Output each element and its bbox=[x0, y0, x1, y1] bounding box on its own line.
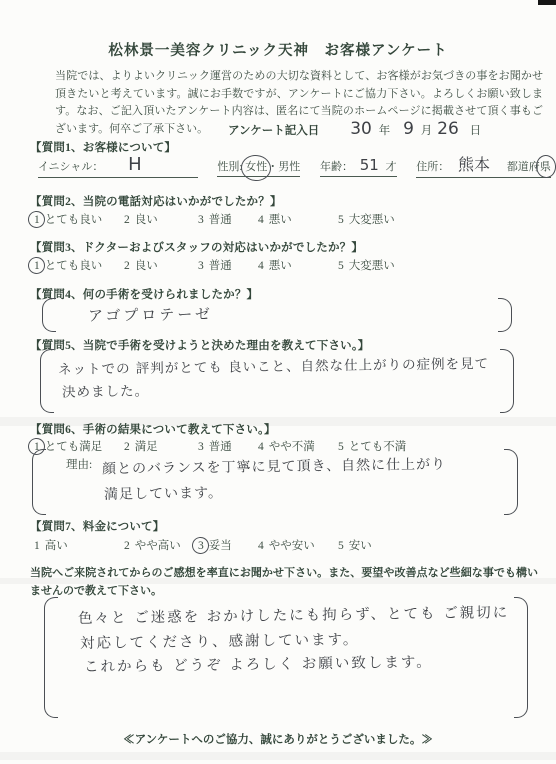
question-3-heading: 【質問3、ドクターおよびスタッフの対応はいかがでしたか？】 bbox=[30, 239, 363, 255]
age-label: 年齢： bbox=[320, 161, 353, 173]
option-label: 普通 bbox=[209, 260, 232, 272]
handwritten-answer-q4: アゴプロテーゼ bbox=[88, 303, 213, 326]
option-label: とても良い bbox=[45, 260, 103, 272]
option-3: 3妥当 bbox=[197, 537, 257, 553]
address-label: 住所： bbox=[416, 161, 449, 173]
option-2: 2良い bbox=[123, 211, 197, 227]
question-2-options: 1とても良い2良い3普通4悪い5大変悪い bbox=[33, 211, 395, 227]
option-number: 5 bbox=[337, 260, 345, 272]
option-label: やや安い bbox=[269, 540, 315, 552]
option-label: とても満足 bbox=[45, 441, 103, 453]
option-number: 4 bbox=[257, 540, 265, 552]
handwritten-reason-line1: 顔とのバランスを丁寧に見て頂き、自然に仕上がり bbox=[102, 454, 446, 479]
age-unit: 才 bbox=[386, 161, 397, 173]
option-5: 5大変悪い bbox=[337, 211, 395, 227]
option-number: 2 bbox=[123, 260, 131, 272]
option-number: 3 bbox=[197, 214, 205, 226]
question-7-options: 1高い2やや高い3妥当4やや安い5安い bbox=[33, 537, 372, 553]
option-label: 普通 bbox=[209, 214, 232, 226]
handwritten-feedback-line3: これからも どうぞ よろしく お願い致します。 bbox=[84, 651, 433, 677]
option-number: 3 bbox=[197, 260, 205, 272]
handwritten-answer-q5-line2: 決めました。 bbox=[62, 379, 149, 400]
option-label: 悪い bbox=[269, 260, 292, 272]
option-label: 満足 bbox=[135, 441, 158, 453]
age-field: 年齢： 51 才 bbox=[320, 156, 397, 177]
option-number: 2 bbox=[123, 214, 131, 226]
circled-option-number: 1 bbox=[33, 214, 41, 226]
scan-corner-artifact bbox=[538, 0, 556, 5]
option-1: 1とても良い bbox=[33, 211, 123, 227]
option-4: 4悪い bbox=[257, 211, 337, 227]
option-2: 2良い bbox=[123, 257, 197, 273]
option-1: 1高い bbox=[33, 537, 123, 553]
survey-date-row: アンケート記入日 30 年 9 月 26 日 bbox=[228, 119, 481, 139]
option-5: 5大変悪い bbox=[337, 257, 395, 273]
option-number: 4 bbox=[257, 214, 265, 226]
option-label: 良い bbox=[135, 214, 158, 226]
option-5: 5とても不満 bbox=[337, 438, 406, 454]
address-field: 住所： 熊本 都道府県 bbox=[416, 152, 551, 178]
option-number: 4 bbox=[257, 260, 265, 272]
option-2: 2満足 bbox=[123, 438, 197, 454]
handwritten-feedback-line1: 色々と ご迷惑を おかけしたにも拘らず、とても ご親切に bbox=[78, 601, 509, 628]
option-1: 1とても良い bbox=[33, 257, 123, 273]
scanned-survey-form: 松林景一美容クリニック天神 お客様アンケート 当院では、よりよいクリニック運営の… bbox=[0, 0, 556, 764]
option-number: 5 bbox=[337, 540, 345, 552]
option-label: 普通 bbox=[209, 441, 232, 453]
handwritten-address: 熊本 bbox=[458, 155, 490, 174]
question-3-options: 1とても良い2良い3普通4悪い5大変悪い bbox=[33, 257, 395, 273]
option-label: とても良い bbox=[45, 214, 103, 226]
option-number: 5 bbox=[337, 441, 345, 453]
option-label: やや高い bbox=[135, 540, 181, 552]
scan-band-artifact bbox=[0, 752, 556, 760]
question-6-options: 1とても満足2満足3普通4やや不満5とても不満 bbox=[33, 438, 406, 454]
option-2: 2やや高い bbox=[123, 537, 197, 553]
handwritten-initial: H bbox=[128, 154, 142, 175]
question-5-heading: 【質問5、当院で手術を受けようと決めた理由を教えて下さい。】 bbox=[30, 337, 370, 353]
reason-label: 理由: bbox=[66, 456, 92, 472]
circled-option-number: 1 bbox=[33, 441, 41, 453]
initial-field: イニシャル： H bbox=[38, 154, 198, 178]
day-unit: 日 bbox=[470, 125, 482, 137]
option-number: 2 bbox=[123, 540, 131, 552]
option-label: 高い bbox=[45, 540, 68, 552]
option-number: 2 bbox=[123, 441, 131, 453]
option-3: 3普通 bbox=[197, 211, 257, 227]
prefecture-circled-char: 県 bbox=[540, 158, 551, 174]
option-number: 4 bbox=[257, 441, 265, 453]
option-label: とても不満 bbox=[349, 441, 407, 453]
question-6-heading: 【質問6、手術の結果について教えて下さい。】 bbox=[30, 421, 276, 437]
survey-date-label: アンケート記入日 bbox=[228, 125, 319, 137]
gender-field: 性別: 女性・男性 bbox=[217, 158, 300, 177]
option-number: 1 bbox=[33, 540, 41, 552]
question-7-heading: 【質問7、料金について】 bbox=[30, 518, 164, 534]
option-label: 安い bbox=[349, 540, 372, 552]
handwritten-month: 9 bbox=[403, 119, 414, 139]
option-4: 4悪い bbox=[257, 257, 337, 273]
handwritten-feedback-line2: 対応してくださり、感謝しています。 bbox=[80, 628, 360, 653]
option-label: 大変悪い bbox=[349, 260, 395, 272]
year-unit: 年 bbox=[379, 125, 391, 137]
circled-option-number: 3 bbox=[197, 540, 205, 552]
feedback-prompt: 当院へご来院されてからのご感想を率直にお聞かせ下さい。また、要望や改善点など些細… bbox=[30, 564, 538, 600]
handwritten-day: 26 bbox=[437, 119, 459, 139]
question-1-fields: イニシャル： H 性別: 女性・男性 年齢： 51 才 住所： 熊本 都道府県 bbox=[38, 152, 551, 178]
circled-option-number: 1 bbox=[33, 260, 41, 272]
option-3: 3普通 bbox=[197, 438, 257, 454]
footer-thanks: ≪アンケートへのご協力、誠にありがとうございました。≫ bbox=[0, 731, 556, 747]
question-2-heading: 【質問2、当院の電話対応はいかがでしたか？】 bbox=[30, 193, 282, 209]
option-3: 3普通 bbox=[197, 257, 257, 273]
option-5: 5安い bbox=[337, 537, 372, 553]
handwritten-answer-q5-line1: ネットでの 評判がとても 良いこと、自然な仕上がりの症例を見て bbox=[58, 352, 489, 378]
option-label: 悪い bbox=[269, 214, 292, 226]
initial-label: イニシャル： bbox=[38, 161, 103, 173]
option-4: 4やや安い bbox=[257, 537, 337, 553]
option-number: 3 bbox=[197, 441, 205, 453]
option-label: 妥当 bbox=[209, 540, 232, 552]
option-label: やや不満 bbox=[269, 441, 315, 453]
option-label: 良い bbox=[135, 260, 158, 272]
page-title: 松林景一美容クリニック天神 お客様アンケート bbox=[0, 39, 556, 60]
prefecture-suffix: 都道府 bbox=[507, 161, 540, 173]
option-label: 大変悪い bbox=[349, 214, 395, 226]
gender-label: 性別: bbox=[217, 161, 242, 173]
option-4: 4やや不満 bbox=[257, 438, 337, 454]
handwritten-age: 51 bbox=[360, 156, 379, 174]
handwritten-year: 30 bbox=[350, 119, 372, 139]
handwritten-reason-line2: 満足しています。 bbox=[104, 482, 223, 504]
gender-selected-circle: 女性 bbox=[245, 158, 267, 174]
gender-male-label: 男性 bbox=[278, 161, 300, 173]
option-number: 5 bbox=[337, 214, 345, 226]
option-1: 1とても満足 bbox=[33, 438, 123, 454]
month-unit: 月 bbox=[421, 125, 433, 137]
question-4-heading: 【質問4、何の手術を受けられましたか？】 bbox=[30, 286, 258, 302]
